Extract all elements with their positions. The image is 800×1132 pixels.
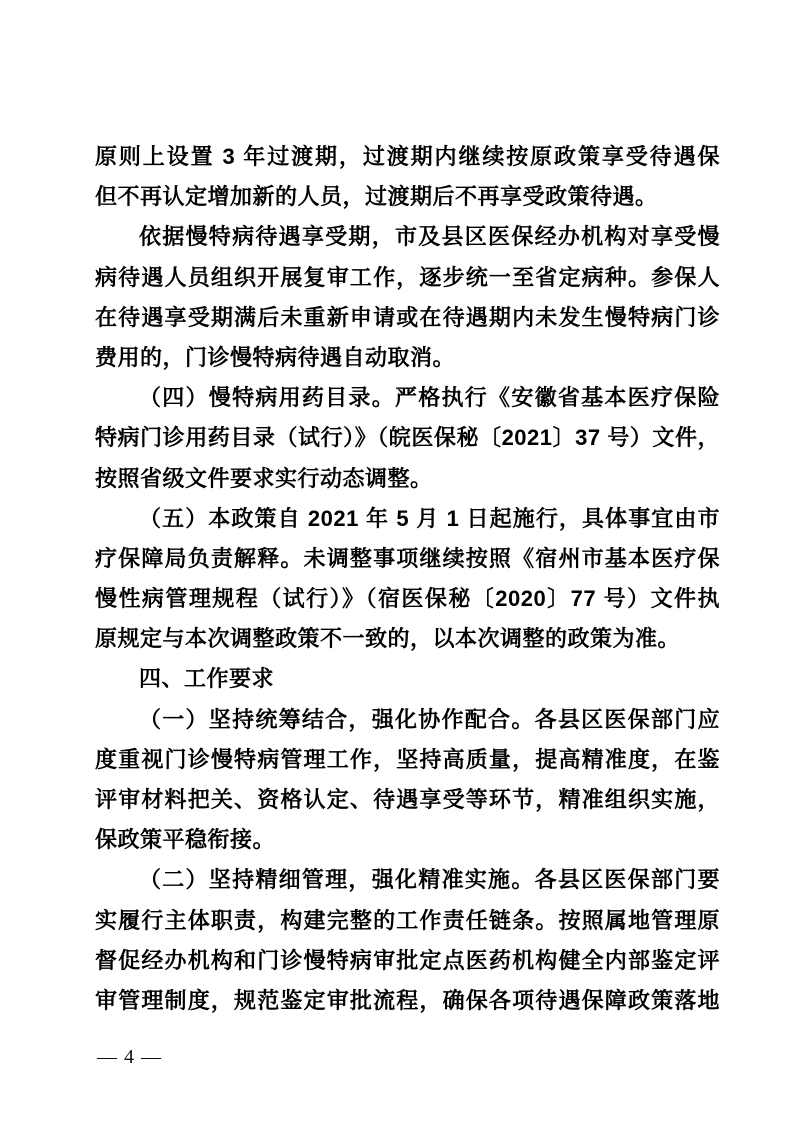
document-body: 原则上设置 3 年过渡期，过渡期内继续按原政策享受待遇保障， 但不再认定增加新的…	[95, 137, 720, 1021]
document-line: 在待遇享受期满后未重新申请或在待遇期内未发生慢特病门诊	[95, 298, 720, 338]
document-line: 疗保障局负责解释。未调整事项继续按照《宿州市基本医疗保险	[95, 539, 720, 579]
document-line: 特病门诊用药目录（试行）》（皖医保秘〔2021〕37 号）文件，并	[95, 418, 720, 458]
document-line: 实履行主体职责，构建完整的工作责任链条。按照属地管理原则，	[95, 901, 720, 941]
document-line: 原规定与本次调整政策不一致的，以本次调整的政策为准。	[95, 619, 720, 659]
section-heading: 四、工作要求	[95, 659, 720, 699]
document-line: （五）本政策自 2021 年 5 月 1 日起施行，具体事宜由市医	[95, 499, 720, 539]
document-line: 依据慢特病待遇享受期，市及县区医保经办机构对享受慢特	[95, 217, 720, 257]
document-line: 费用的，门诊慢特病待遇自动取消。	[95, 338, 720, 378]
page-number: — 4 —	[97, 1046, 162, 1068]
document-line: （二）坚持精细管理，强化精准实施。各县区医保部门要切	[95, 860, 720, 900]
document-line: 慢性病管理规程（试行）》（宿医保秘〔2020〕77 号）文件执行，	[95, 579, 720, 619]
document-line: 病待遇人员组织开展复审工作，逐步统一至省定病种。参保人员	[95, 258, 720, 298]
document-line: 评审材料把关、资格认定、待遇享受等环节，精准组织实施，确	[95, 780, 720, 820]
document-line: （一）坚持统筹结合，强化协作配合。各县区医保部门应高	[95, 700, 720, 740]
document-line: 但不再认定增加新的人员，过渡期后不再享受政策待遇。	[95, 177, 720, 217]
document-line: （四）慢特病用药目录。严格执行《安徽省基本医疗保险慢	[95, 378, 720, 418]
document-line: 审管理制度，规范鉴定审批流程，确保各项待遇保障政策落地生	[95, 981, 720, 1021]
document-line: 度重视门诊慢特病管理工作，坚持高质量，提高精准度，在鉴定	[95, 740, 720, 780]
document-line: 督促经办机构和门诊慢特病审批定点医药机构健全内部鉴定评	[95, 941, 720, 981]
document-line: 保政策平稳衔接。	[95, 820, 720, 860]
document-line: 原则上设置 3 年过渡期，过渡期内继续按原政策享受待遇保障，	[95, 137, 720, 177]
page-footer: — 4 —	[97, 1046, 162, 1076]
document-line: 按照省级文件要求实行动态调整。	[95, 459, 720, 499]
document-page: 原则上设置 3 年过渡期，过渡期内继续按原政策享受待遇保障， 但不再认定增加新的…	[0, 0, 800, 1132]
